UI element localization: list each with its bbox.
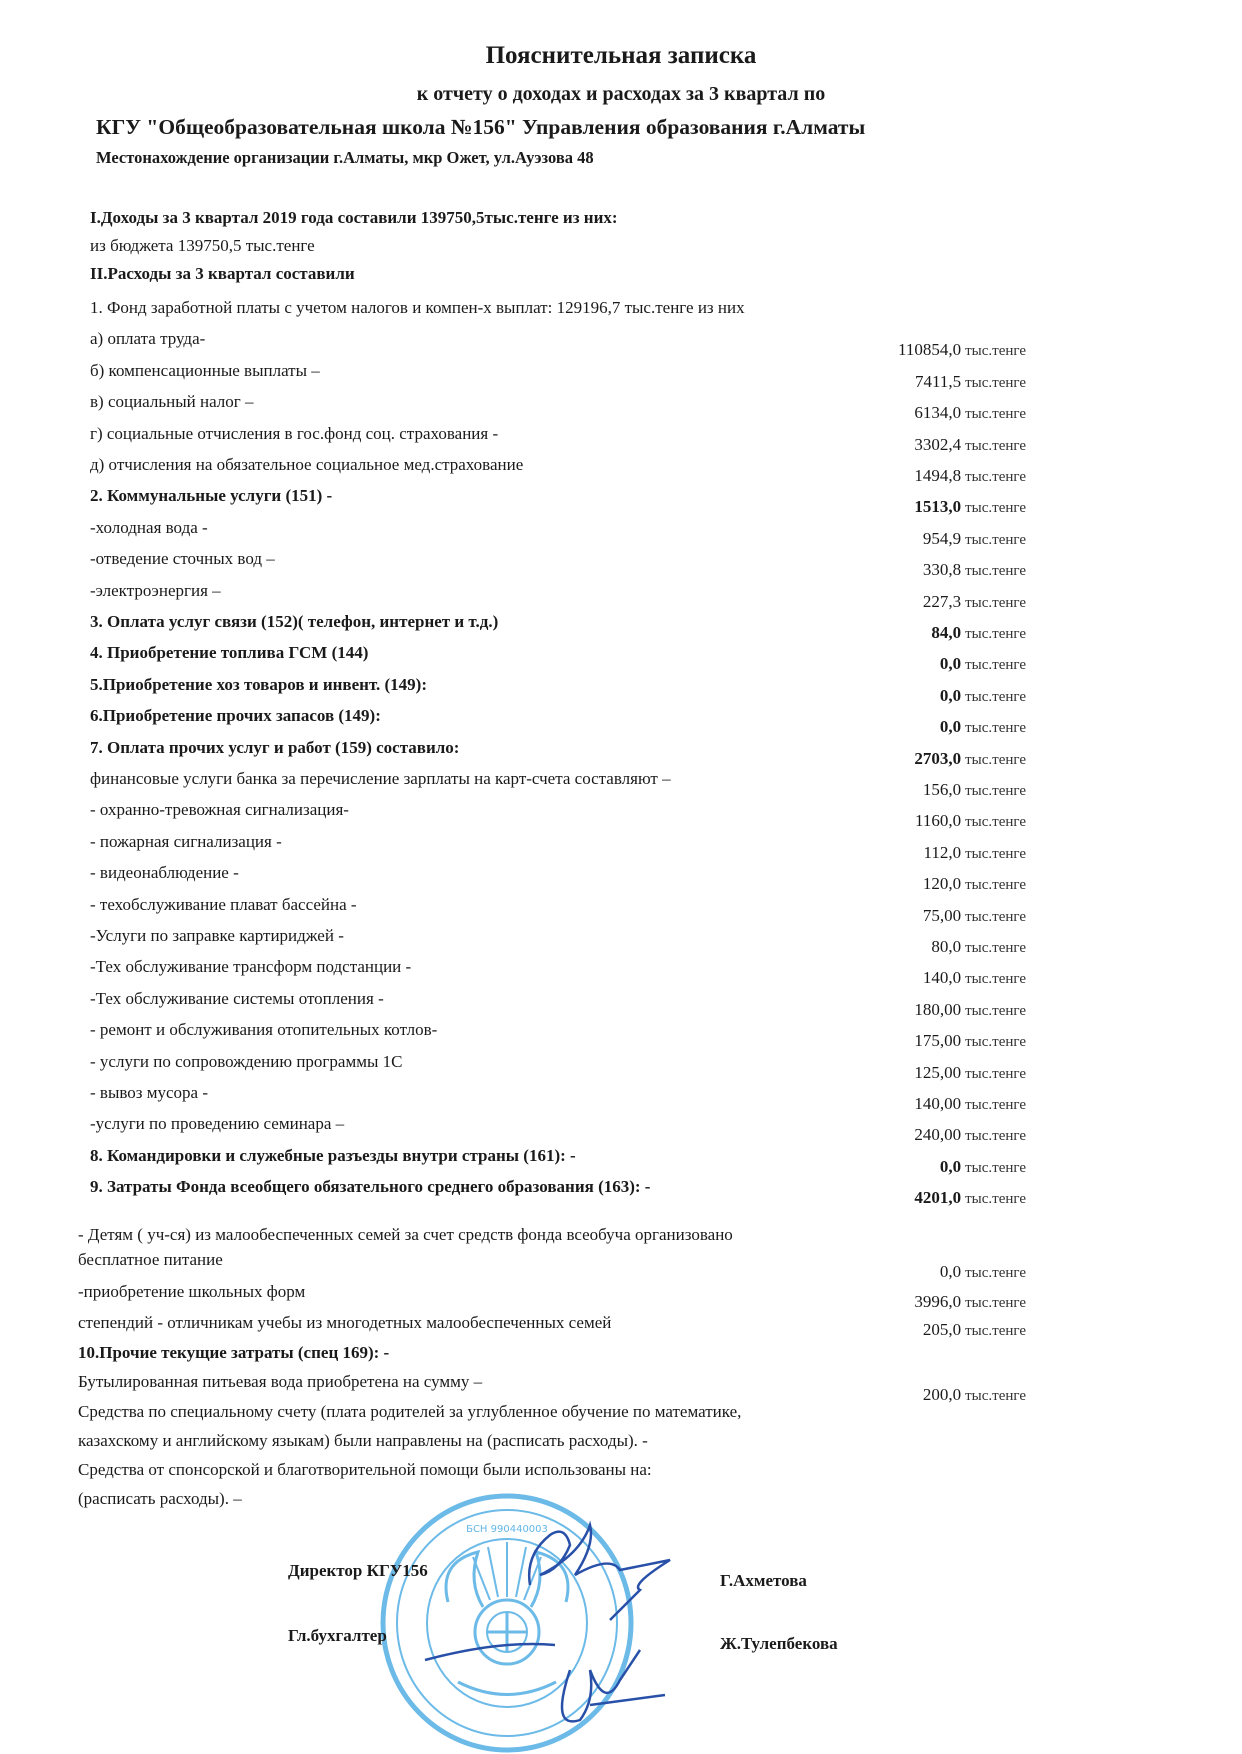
sponsor-line1: Средства от спонсорской и благотворитель… (78, 1460, 652, 1480)
expense-row-label: 2. Коммунальные услуги (151) - (90, 486, 332, 506)
expense-row-value: 6134,0тыс.тенге (914, 403, 1026, 423)
director-title: Директор КГУ156 (288, 1561, 428, 1581)
special-account-line2: казахскому и английскому языкам) были на… (78, 1431, 648, 1451)
expense-row-label: г) социальные отчисления в гос.фонд соц.… (90, 424, 498, 444)
expense-row-value: 80,0тыс.тенге (931, 937, 1026, 957)
expense-row-label: -Тех обслуживание трансформ подстанции - (90, 957, 411, 977)
expense-row-label: - охранно-тревожная сигнализация- (90, 800, 349, 820)
accountant-title: Гл.бухгалтер (288, 1626, 387, 1646)
expense-row-value: 0,0тыс.тенге (940, 1157, 1026, 1177)
document-subtitle: к отчету о доходах и расходах за 3 кварт… (0, 83, 1242, 106)
expense-row-label: -Тех обслуживание системы отопления - (90, 989, 384, 1009)
expense-row-value: 1494,8тыс.тенге (914, 466, 1026, 486)
expense-row-value: 330,8тыс.тенге (923, 560, 1026, 580)
expense-row-label: -холодная вода - (90, 518, 208, 538)
income-total: I.Доходы за 3 квартал 2019 года составил… (90, 208, 618, 228)
expense-row-value: 125,00тыс.тенге (914, 1063, 1026, 1083)
bottled-water-label: Бутылированная питьевая вода приобретена… (78, 1372, 482, 1392)
section9-row-label: -приобретение школьных форм (78, 1282, 305, 1302)
expense-row-label: - услуги по сопровождению программы 1С (90, 1052, 402, 1072)
expense-row-label: б) компенсационные выплаты – (90, 361, 320, 381)
expense-row-label: 8. Командировки и служебные разъезды вну… (90, 1146, 576, 1166)
expense-row-value: 7411,5тыс.тенге (915, 372, 1026, 392)
expense-row-label: 3. Оплата услуг связи (152)( телефон, ин… (90, 612, 498, 632)
section9-row-label: - Детям ( уч-ся) из малообеспеченных сем… (78, 1225, 733, 1245)
expense-row-label: финансовые услуги банка за перечисление … (90, 769, 671, 789)
expense-row-label: - ремонт и обслуживания отопительных кот… (90, 1020, 437, 1040)
expense-row-value: 180,00тыс.тенге (914, 1000, 1026, 1020)
expense-row-value: 175,00тыс.тенге (914, 1031, 1026, 1051)
accountant-name: Ж.Тулепбекова (720, 1634, 838, 1654)
bottled-water-value: 200,0тыс.тенге (923, 1385, 1026, 1405)
expense-row-value: 112,0тыс.тенге (923, 843, 1026, 863)
expense-row-value: 0,0тыс.тенге (940, 686, 1026, 706)
expense-row-label: -отведение сточных вод – (90, 549, 275, 569)
expense-row-value: 1513,0тыс.тенге (914, 497, 1026, 517)
expense-row-label: -Услуги по заправке картириджей - (90, 926, 344, 946)
expense-row-value: 0,0тыс.тенге (940, 717, 1026, 737)
organization-name: КГУ "Общеобразовательная школа №156" Упр… (96, 115, 865, 140)
expense-row-value: 140,0тыс.тенге (923, 968, 1026, 988)
expense-row-label: - техобслуживание плават бассейна - (90, 895, 357, 915)
expenses-heading: II.Расходы за 3 квартал составили (90, 264, 355, 284)
expense-row-label: 7. Оплата прочих услуг и работ (159) сос… (90, 738, 459, 758)
sponsor-line2: (расписать расходы). – (78, 1489, 242, 1509)
section9-row-value: 0,0тыс.тенге (940, 1262, 1026, 1282)
expense-row-label: а) оплата труда- (90, 329, 205, 349)
expense-row-label: 6.Приобретение прочих запасов (149): (90, 706, 381, 726)
expense-row-label: д) отчисления на обязательное социальное… (90, 455, 523, 475)
expense-row-value: 120,0тыс.тенге (923, 874, 1026, 894)
expense-row-value: 954,9тыс.тенге (923, 529, 1026, 549)
expense-row-label: 5.Приобретение хоз товаров и инвент. (14… (90, 675, 427, 695)
accountant-signature-icon (420, 1620, 670, 1740)
document-title: Пояснительная записка (0, 42, 1242, 70)
expense-row-value: 3302,4тыс.тенге (914, 435, 1026, 455)
expense-row-value: 1160,0тыс.тенге (915, 811, 1026, 831)
expense-row-value: 110854,0тыс.тенге (898, 340, 1026, 360)
expense-row-label: - видеонаблюдение - (90, 863, 239, 883)
section9-row-value: 205,0тыс.тенге (923, 1320, 1026, 1340)
expense-row-value: 156,0тыс.тенге (923, 780, 1026, 800)
expense-row-label: в) социальный налог – (90, 392, 253, 412)
expense-row-label: 4. Приобретение топлива ГСМ (144) (90, 643, 368, 663)
expense-row-value: 75,00тыс.тенге (923, 906, 1026, 926)
expense-row-value: 84,0тыс.тенге (931, 623, 1026, 643)
expense-row-label: 9. Затраты Фонда всеобщего обязательного… (90, 1177, 650, 1197)
organization-location: Местонахождение организации г.Алматы, мк… (96, 148, 594, 168)
document-page: Пояснительная записка к отчету о доходах… (0, 0, 1242, 1754)
expense-row-label: -электроэнергия – (90, 581, 221, 601)
section9-row-value: 3996,0тыс.тенге (914, 1292, 1026, 1312)
expense-row-label: 1. Фонд заработной платы с учетом налого… (90, 298, 745, 318)
expense-row-label: -услуги по проведению семинара – (90, 1114, 344, 1134)
director-signature-icon (520, 1515, 750, 1625)
director-name: Г.Ахметова (720, 1571, 807, 1591)
special-account-line1: Средства по специальному счету (плата ро… (78, 1402, 741, 1422)
section9-row-label: степендий - отличникам учебы из многодет… (78, 1313, 611, 1333)
expense-row-value: 140,00тыс.тенге (914, 1094, 1026, 1114)
expense-row-value: 2703,0тыс.тенге (914, 749, 1026, 769)
expense-row-value: 227,3тыс.тенге (923, 592, 1026, 612)
expense-row-label: - пожарная сигнализация - (90, 832, 282, 852)
expense-row-value: 240,00тыс.тенге (914, 1125, 1026, 1145)
income-budget: из бюджета 139750,5 тыс.тенге (90, 236, 315, 256)
expense-row-value: 4201,0тыс.тенге (914, 1188, 1026, 1208)
section10-heading: 10.Прочие текущие затраты (спец 169): - (78, 1343, 389, 1363)
expense-row-label: - вывоз мусора - (90, 1083, 208, 1103)
section9-row-label: бесплатное питание (78, 1250, 223, 1270)
expense-row-value: 0,0тыс.тенге (940, 654, 1026, 674)
